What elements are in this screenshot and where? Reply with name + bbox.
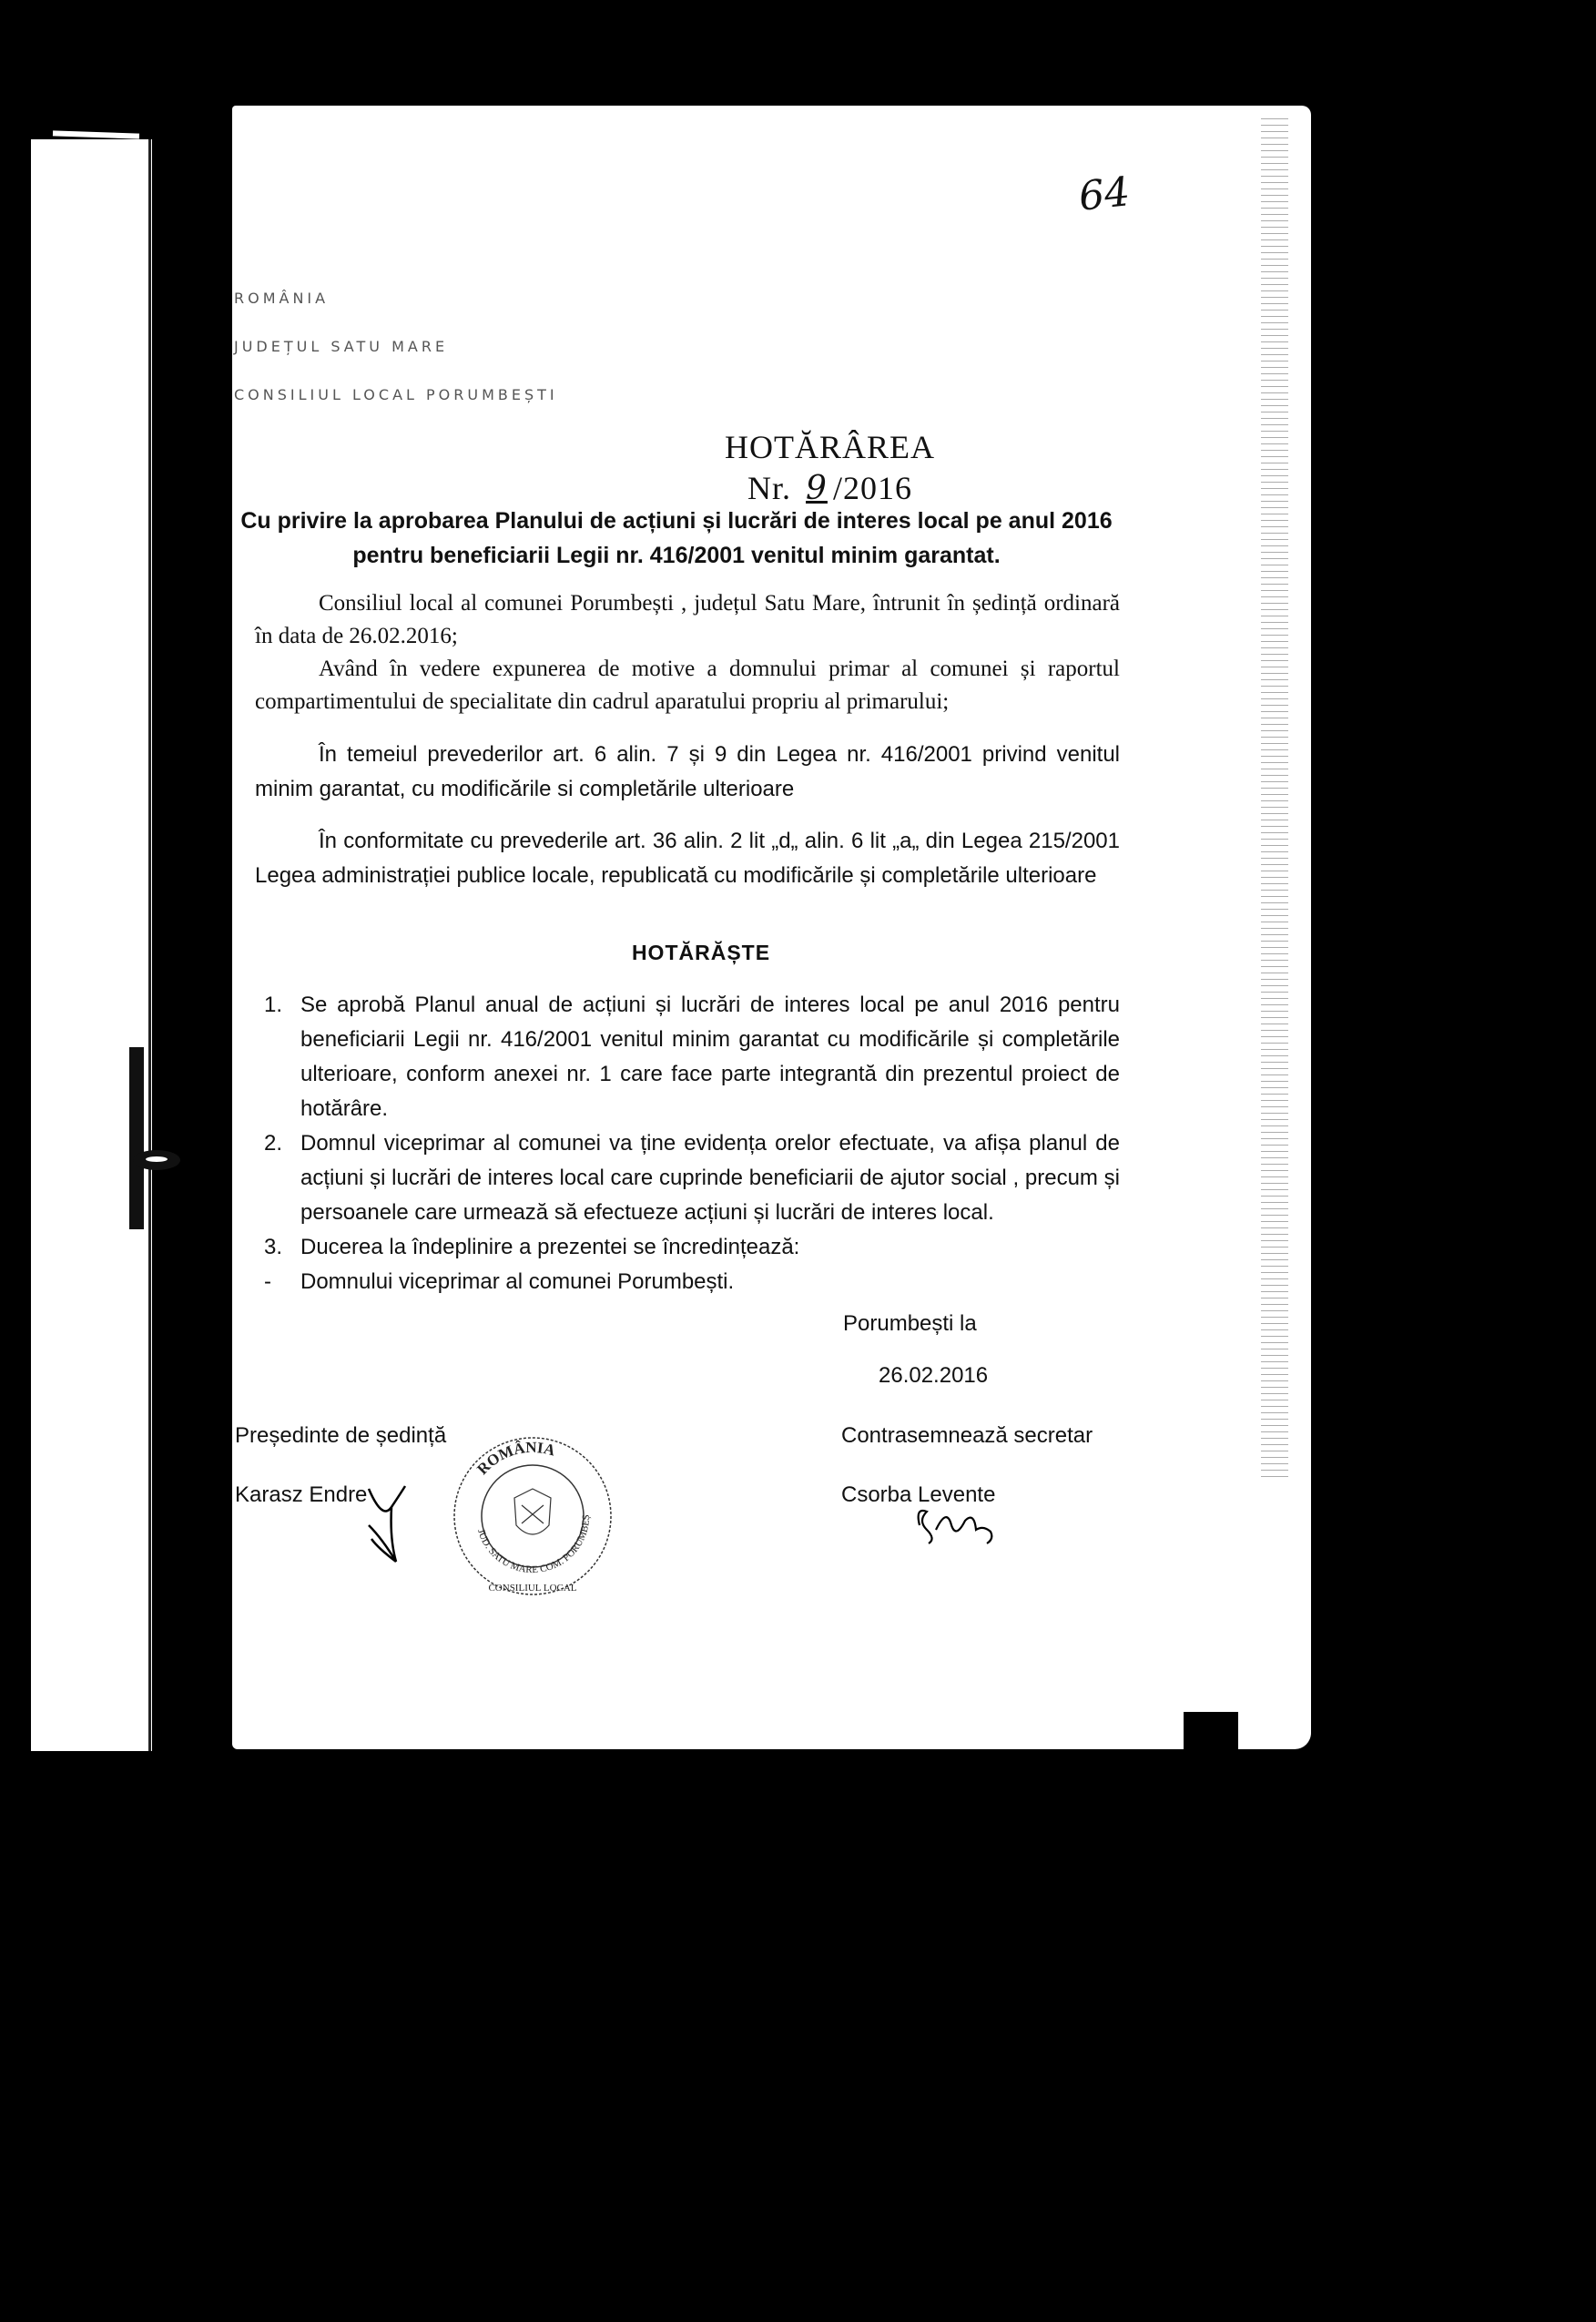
document-title: HOTĂRÂREA <box>0 428 1596 466</box>
article-number: - <box>264 1265 300 1299</box>
article-text: Domnului viceprimar al comunei Porumbeșt… <box>300 1265 1120 1299</box>
number-value: 9 <box>800 470 833 507</box>
preamble-considering: Având în vedere expunerea de motive a do… <box>255 653 1120 718</box>
decision-subject: Cu privire la aprobarea Planului de acți… <box>235 504 1118 573</box>
official-stamp-icon: ROMÂNIA JUD. SATU MARE COM. PORUMBEȘTI C… <box>451 1434 615 1598</box>
stamp-bottom-text: CONSILIUL LOCAL <box>488 1583 576 1594</box>
decision-number: Nr. 9/2016 <box>0 469 1596 507</box>
article-text: Domnul viceprimar al comunei va ține evi… <box>300 1126 1120 1230</box>
article-item: - Domnului viceprimar al comunei Porumbe… <box>264 1265 1120 1299</box>
header-country: ROMÂNIA <box>234 290 329 307</box>
header-council: CONSILIUL LOCAL PORUMBEȘTI <box>234 386 558 403</box>
secretary-signature-icon <box>910 1502 1001 1548</box>
president-name: Karasz Endre <box>235 1482 367 1508</box>
number-prefix: Nr. <box>747 470 791 506</box>
secretary-label: Contrasemnează secretar <box>841 1423 1093 1449</box>
president-signature-icon <box>364 1484 428 1575</box>
article-item: 1. Se aprobă Planul anual de acțiuni și … <box>264 988 1120 1126</box>
article-text: Ducerea la îndeplinire a prezentei se în… <box>300 1230 1120 1265</box>
decision-date: 26.02.2016 <box>879 1363 988 1389</box>
article-number: 2. <box>264 1126 300 1230</box>
preamble-legal-basis: În temeiul prevederilor art. 6 alin. 7 ș… <box>255 738 1120 807</box>
header-county: JUDEȚUL SATU MARE <box>234 338 448 355</box>
article-number: 3. <box>264 1230 300 1265</box>
number-suffix: /2016 <box>833 470 912 506</box>
pin-icon <box>129 1047 144 1229</box>
decides-heading: HOTĂRĂȘTE <box>0 941 1402 965</box>
article-item: 2. Domnul viceprimar al comunei va ține … <box>264 1126 1120 1230</box>
scan-noise-edge <box>1261 114 1288 1480</box>
article-item: 3. Ducerea la îndeplinire a prezentei se… <box>264 1230 1120 1265</box>
svg-text:ROMÂNIA: ROMÂNIA <box>473 1439 557 1478</box>
president-label: Președinte de ședință <box>235 1423 446 1449</box>
pin-head-icon <box>133 1150 180 1170</box>
article-number: 1. <box>264 988 300 1126</box>
preamble-conformity: În conformitate cu prevederile art. 36 a… <box>255 824 1120 893</box>
articles-list: 1. Se aprobă Planul anual de acțiuni și … <box>264 988 1120 1299</box>
handwritten-page-number: 64 <box>1076 168 1132 220</box>
paper-corner-notch <box>1184 1712 1238 1753</box>
article-text: Se aprobă Planul anual de acțiuni și luc… <box>300 988 1120 1126</box>
stamp-top-text: ROMÂNIA <box>473 1439 557 1478</box>
adjacent-page-edge-top <box>53 130 139 138</box>
preamble-council: Consiliul local al comunei Porumbești , … <box>255 587 1120 653</box>
coat-of-arms-icon <box>514 1489 551 1534</box>
place-label: Porumbești la <box>843 1311 977 1337</box>
